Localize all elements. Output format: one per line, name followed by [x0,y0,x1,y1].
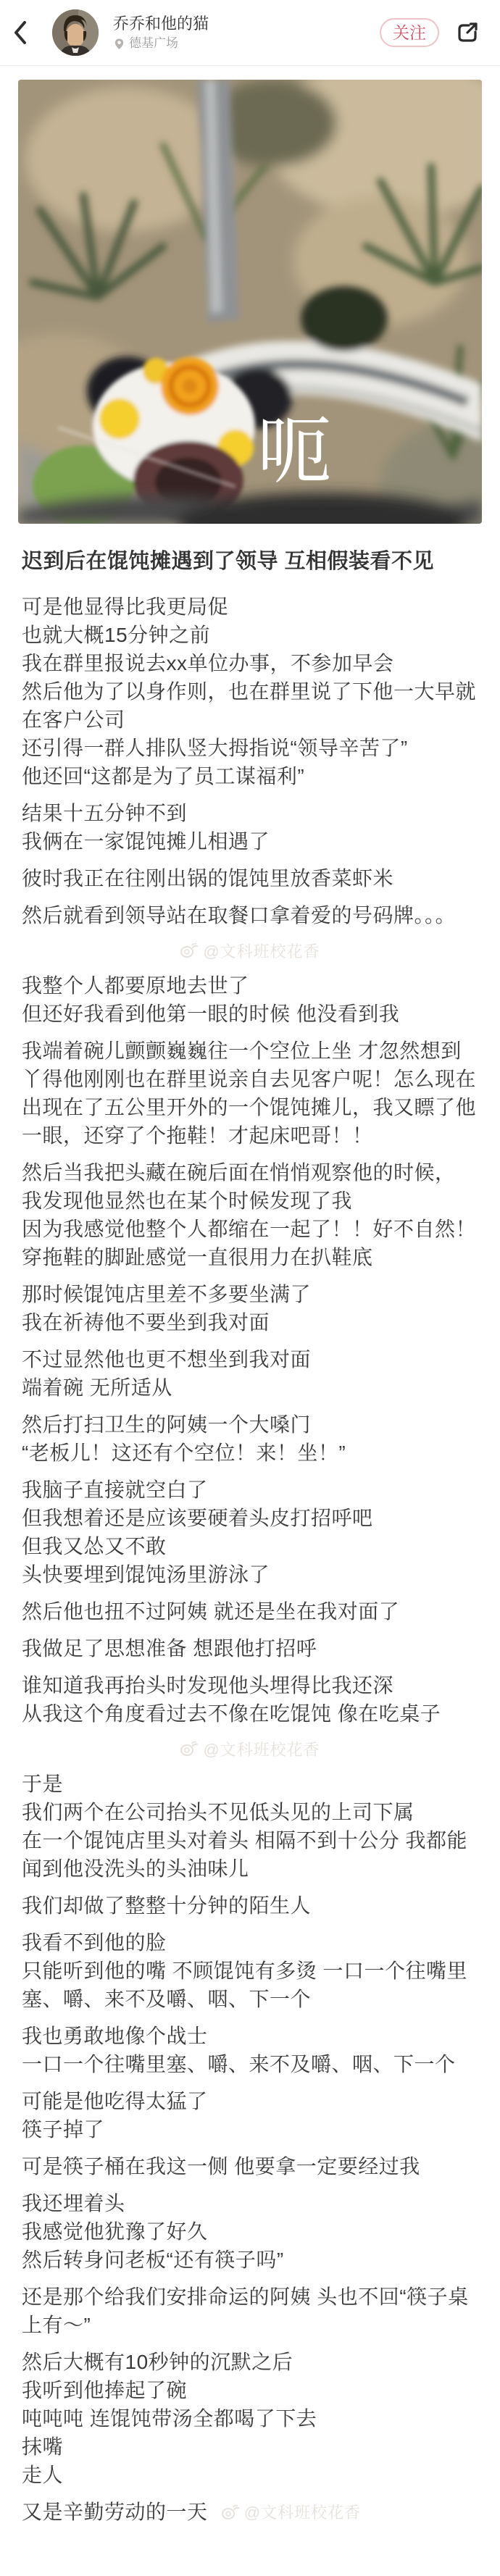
share-icon [455,20,480,45]
post-text-line: 也就大概15分钟之前 [22,621,478,649]
avatar-image [52,9,99,56]
post-text-line: 然后就看到领导站在取餐口拿着爱的号码牌。。。 [22,901,478,929]
post-page: 乔乔和他的猫 德基广场 关注 [0,0,500,2576]
weibo-watermark-row: @文科班校花香 [22,938,478,963]
post-text-line: 结果十五分钟不到 [22,799,478,827]
post-paragraph: 可是筷子桶在我这一侧 他要拿一定要经过我 [22,2152,478,2180]
post-text-line: 走人 [22,2461,478,2489]
post-paragraph: 我们却做了整整十分钟的陌生人 [22,1891,478,1920]
post-text-line: 吨吨吨 连馄饨带汤全都喝了下去 [22,2404,478,2433]
location-pin-icon [113,38,125,50]
post-paragraph: 结果十五分钟不到我俩在一家馄饨摊儿相遇了 [22,799,478,856]
post-paragraph: 不过显然他也更不想坐到我对面端着碗 无所适从 [22,1345,478,1402]
post-paragraph: 然后他也扭不过阿姨 就还是坐在我对面了 [22,1597,478,1626]
header-divider [0,65,500,66]
post-text-line: 然后当我把头藏在碗后面在悄悄观察他的时候， [22,1158,478,1187]
post-paragraph: 我看不到他的脸只能听到他的嘴 不顾馄饨有多烫 一口一个往嘴里塞、嚼、来不及嚼、咽… [22,1928,478,2013]
location-tag[interactable]: 德基广场 [113,36,209,51]
post-text-line: 不过显然他也更不想坐到我对面 [22,1345,478,1373]
post-text-line: 他还回“这都是为了员工谋福利” [22,762,478,790]
post-text-line: 我们两个在公司抬头不见低头见的上司下属 [22,1798,478,1826]
weibo-eye-icon [180,942,199,958]
post-text-line: 然后大概有10秒钟的沉默之后 [22,2348,478,2376]
post-text-line: 一口一个往嘴里塞、嚼、来不及嚼、咽、下一个 [22,2050,478,2078]
post-text-line: 我做足了思想准备 想跟他打招呼 [22,1634,478,1663]
post-paragraph: 那时候馄饨店里差不多要坐满了我在祈祷他不要坐到我对面 [22,1280,478,1337]
post-text-line: 谁知道我再抬头时发现他头埋得比我还深 [22,1671,478,1699]
post-text-line: 我在群里报说去xx单位办事，不参加早会 [22,649,478,677]
post-text-line: 还引得一群人排队竖大拇指说“领导辛苦了” [22,734,478,762]
post-text-line: 筷子掉了 [22,2115,478,2144]
post-text-line: 我感觉他犹豫了好久 [22,2217,478,2246]
post-text-line: 只能听到他的嘴 不顾馄饨有多烫 一口一个往嘴里塞、嚼、来不及嚼、咽、下一个 [22,1957,478,2013]
post-text-line: 但还好我看到他第一眼的时候 他没看到我 [22,1000,478,1028]
post-text-line: 还是那个给我们安排命运的阿姨 头也不回“筷子桌上有～” [22,2283,478,2339]
weibo-watermark: @文科班校花香 [221,2498,361,2527]
post-text-line: 可是他显得比我更局促 [22,593,478,621]
post-text-line: “老板儿！这还有个空位！来！坐！” [22,1439,478,1467]
post-paragraph: 然后打扫卫生的阿姨一个大嗓门“老板儿！这还有个空位！来！坐！” [22,1410,478,1467]
post-title: 迟到后在馄饨摊遇到了领导 互相假装看不见 [22,547,478,577]
post-text-line: 丫得他刚刚也在群里说亲自去见客户呢！怎么现在出现在了五公里开外的一个馄饨摊儿，我… [22,1065,478,1150]
post-text-line: 我们却做了整整十分钟的陌生人 [22,1891,478,1920]
post-paragraph: 可能是他吃得太猛了筷子掉了 [22,2087,478,2144]
post-paragraph: 我还埋着头我感觉他犹豫了好久然后转身问老板“还有筷子吗” [22,2189,478,2274]
post-content: 迟到后在馄饨摊遇到了领导 互相假装看不见 可是他显得比我更局促也就大概15分钟之… [0,547,500,2527]
post-paragraph: 我端着碗儿颤颤巍巍往一个空位上坐 才忽然想到丫得他刚刚也在群里说亲自去见客户呢！… [22,1037,478,1150]
post-paragraph: 还是那个给我们安排命运的阿姨 头也不回“筷子桌上有～” [22,2283,478,2339]
post-text-line: 抹嘴 [22,2433,478,2461]
post-text-line: 在一个馄饨店里头对着头 相隔不到十公分 我都能闻到他没洗头的头油味儿 [22,1826,478,1883]
post-text-line: 端着碗 无所适从 [22,1373,478,1402]
post-text-line: 又是辛勤劳动的一天 @文科班校花香 [22,2498,478,2527]
post-paragraph: 于是我们两个在公司抬头不见低头见的上司下属在一个馄饨店里头对着头 相隔不到十公分… [22,1770,478,1883]
post-paragraph: 然后当我把头藏在碗后面在悄悄观察他的时候，我发现他显然也在某个时候发现了我因为我… [22,1158,478,1271]
post-text-line: 从我这个角度看过去不像在吃馄饨 像在吃桌子 [22,1699,478,1728]
post-text-line: 我脑子直接就空白了 [22,1476,478,1504]
post-text-line: 我端着碗儿颤颤巍巍往一个空位上坐 才忽然想到 [22,1037,478,1065]
post-text-line: 我发现他显然也在某个时候发现了我 [22,1187,478,1215]
post-paragraph: 谁知道我再抬头时发现他头埋得比我还深从我这个角度看过去不像在吃馄饨 像在吃桌子 [22,1671,478,1728]
username[interactable]: 乔乔和他的猫 [113,14,209,33]
share-button[interactable] [455,20,480,45]
weibo-eye-icon [180,1741,199,1757]
weibo-watermark-row: @文科班校花香 [22,1736,478,1761]
post-text-line: 我俩在一家馄饨摊儿相遇了 [22,827,478,856]
post-image[interactable]: 呃 [18,80,482,524]
weibo-eye-icon [221,2504,240,2520]
photo-overlay-text: 呃 [257,410,331,493]
post-text-line: 我看不到他的脸 [22,1928,478,1957]
post-text-line: 可是筷子桶在我这一侧 他要拿一定要经过我 [22,2152,478,2180]
weibo-watermark: @文科班校花香 [180,1738,320,1760]
location-label: 德基广场 [129,36,178,51]
post-text-line: 然后他为了以身作则，也在群里说了下他一大早就在客户公司 [22,677,478,734]
post-text-line: 但我想着还是应该要硬着头皮打招呼吧 [22,1504,478,1532]
post-paragraph: 又是辛勤劳动的一天 @文科班校花香 [22,2498,478,2527]
post-text-line: 然后打扫卫生的阿姨一个大嗓门 [22,1410,478,1439]
post-paragraph: 我做足了思想准备 想跟他打招呼 [22,1634,478,1663]
post-text-line: 于是 [22,1770,478,1798]
user-info: 乔乔和他的猫 德基广场 [113,14,209,51]
post-text-line: 我还埋着头 [22,2189,478,2217]
post-text-line: 那时候馄饨店里差不多要坐满了 [22,1280,478,1308]
post-paragraph: 然后大概有10秒钟的沉默之后我听到他捧起了碗吨吨吨 连馄饨带汤全都喝了下去抹嘴走… [22,2348,478,2489]
back-chevron-icon [12,20,28,46]
post-text-line: 我也勇敢地像个战士 [22,2022,478,2050]
post-text-line: 因为我感觉他整个人都缩在一起了！！好不自然！穿拖鞋的脚趾感觉一直很用力在扒鞋底 [22,1215,478,1271]
post-text-line: 我整个人都要原地去世了 [22,971,478,1000]
post-text-line: 可能是他吃得太猛了 [22,2087,478,2115]
duck-photo-illustration: 呃 [18,80,482,524]
post-paragraph: 我脑子直接就空白了但我想着还是应该要硬着头皮打招呼吧但我又怂又不敢头快要埋到馄饨… [22,1476,478,1589]
follow-button[interactable]: 关注 [380,18,439,47]
post-paragraph: 然后就看到领导站在取餐口拿着爱的号码牌。。。 [22,901,478,929]
back-button[interactable] [0,0,41,65]
post-text-line: 我在祈祷他不要坐到我对面 [22,1308,478,1337]
post-paragraph: 彼时我正在往刚出锅的馄饨里放香菜虾米 [22,864,478,892]
navbar: 乔乔和他的猫 德基广场 关注 [0,0,500,65]
post-text-line: 彼时我正在往刚出锅的馄饨里放香菜虾米 [22,864,478,892]
post-text-line: 头快要埋到馄饨汤里游泳了 [22,1560,478,1589]
post-text-line: 然后他也扭不过阿姨 就还是坐在我对面了 [22,1597,478,1626]
post-body: 可是他显得比我更局促也就大概15分钟之前我在群里报说去xx单位办事，不参加早会然… [22,593,478,2527]
post-text-line: 但我又怂又不敢 [22,1532,478,1560]
post-text-line: 我听到他捧起了碗 [22,2376,478,2404]
weibo-watermark: @文科班校花香 [180,940,320,962]
navbar-actions: 关注 [380,18,500,47]
avatar[interactable] [52,9,99,56]
post-text-line: 然后转身问老板“还有筷子吗” [22,2246,478,2274]
post-paragraph: 可是他显得比我更局促也就大概15分钟之前我在群里报说去xx单位办事，不参加早会然… [22,593,478,790]
post-paragraph: 我整个人都要原地去世了但还好我看到他第一眼的时候 他没看到我 [22,971,478,1028]
post-paragraph: 我也勇敢地像个战士一口一个往嘴里塞、嚼、来不及嚼、咽、下一个 [22,2022,478,2078]
